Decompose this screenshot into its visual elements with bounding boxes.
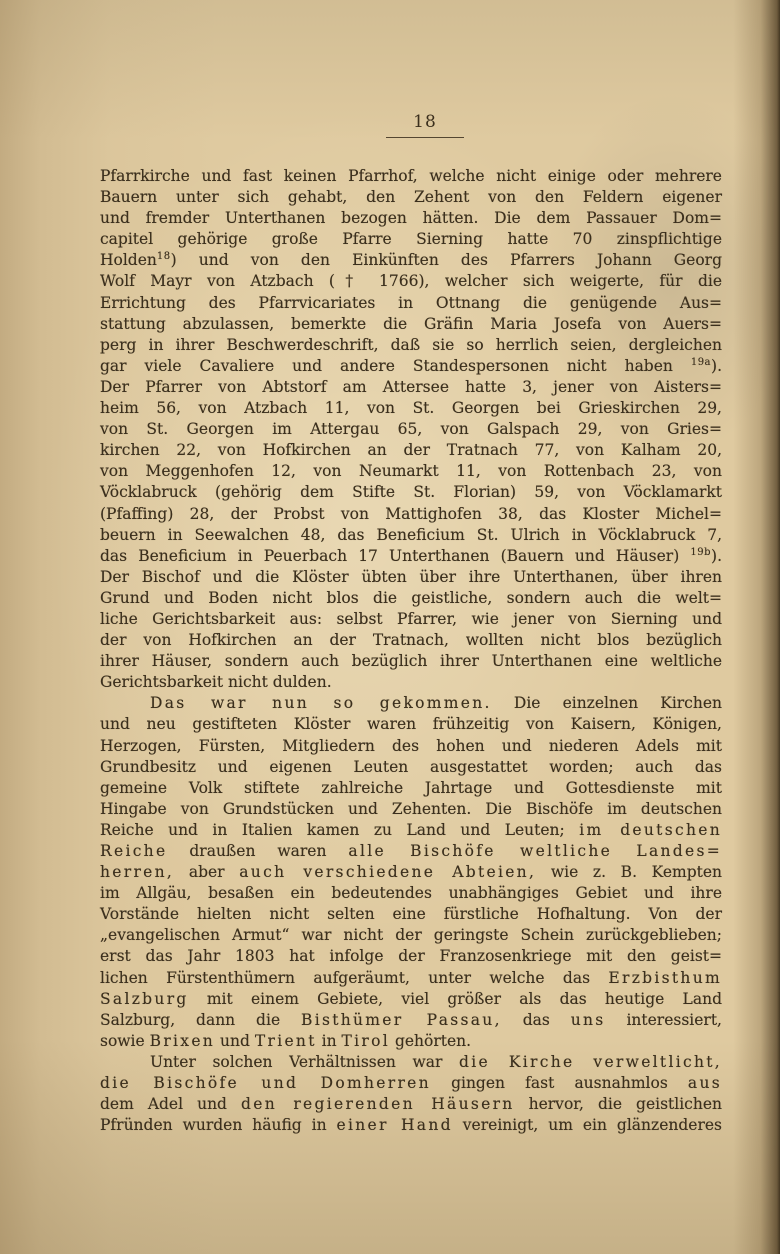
text-run: aber: [174, 863, 239, 881]
text-line: von Meggenhofen 12, von Neumarkt 11, von…: [100, 461, 722, 482]
text-run: Bauern unter sich gehabt, den Zehent von…: [100, 188, 722, 206]
text-run: wie z. B. Kempten: [536, 863, 722, 881]
text-run: gemeine Volk stiftete zahlreiche Jahrtag…: [100, 779, 722, 797]
text-run: von St. Georgen im Attergau 65, von Gals…: [100, 420, 722, 438]
text-run: stattung abzulassen, bemerkte die Gräfin…: [100, 315, 722, 333]
footnote-ref: 19b: [690, 547, 711, 558]
text-line: Grund und Boden nicht blos die geistlich…: [100, 588, 722, 609]
text-line: dem Adel und den regierenden Häusern her…: [100, 1094, 722, 1115]
text-run: beuern in Seewalchen 48, das Beneficium …: [100, 526, 722, 544]
footnote-ref: 18: [157, 251, 171, 262]
emphasized-spaced-text: im deutschen: [579, 821, 722, 839]
emphasized-spaced-text: herren,: [100, 863, 174, 881]
text-run: hervor, die geistlichen: [515, 1095, 722, 1113]
text-body: Pfarrkirche und fast keinen Pfarrhof, we…: [100, 166, 722, 1136]
text-line: Errichtung des Pfarrvicariates in Ottnan…: [100, 293, 722, 314]
text-line: das Beneficium in Peuerbach 17 Unterthan…: [100, 546, 722, 567]
text-line: Holden18) und von den Einkünften des Pfa…: [100, 250, 722, 271]
emphasized-spaced-text: Tirol: [342, 1032, 391, 1050]
emphasized-spaced-text: Trient: [255, 1032, 317, 1050]
text-line: Der Bischof und die Klöster übten über i…: [100, 567, 722, 588]
text-line: Salzburg mit einem Gebiete, viel größer …: [100, 989, 722, 1010]
text-line: Gerichtsbarkeit nicht dulden.: [100, 672, 722, 693]
text-run: ).: [711, 357, 722, 375]
text-run: mit einem Gebiete, viel größer als das h…: [189, 990, 722, 1008]
text-run: Holden: [100, 251, 157, 269]
text-run: kirchen 22, von Hofkirchen an der Tratna…: [100, 441, 722, 459]
emphasized-spaced-text: Salzburg: [100, 990, 189, 1008]
emphasized-spaced-text: Erzbisthum: [608, 969, 722, 987]
book-page: 18 Pfarrkirche und fast keinen Pfarrhof,…: [0, 0, 780, 1254]
page-number: 18: [413, 112, 437, 132]
text-run: erst das Jahr 1803 hat infolge der Franz…: [100, 947, 722, 965]
text-run: heim 56, von Atzbach 11, von St. Georgen…: [100, 399, 722, 417]
text-run: Hingabe von Grundstücken und Zehenten. D…: [100, 800, 722, 818]
text-line: Vöcklabruck (gehörig dem Stifte St. Flor…: [100, 482, 722, 503]
emphasized-spaced-text: den regierenden Häusern: [241, 1095, 515, 1113]
text-run: dem Adel und: [100, 1095, 241, 1113]
text-line: im Allgäu, besaßen ein bedeutendes unabh…: [100, 883, 722, 904]
text-line: von St. Georgen im Attergau 65, von Gals…: [100, 419, 722, 440]
text-line: heim 56, von Atzbach 11, von St. Georgen…: [100, 398, 722, 419]
text-line: Bauern unter sich gehabt, den Zehent von…: [100, 187, 722, 208]
text-run: ihrer Häuser, sondern auch bezüglich ihr…: [100, 652, 722, 670]
text-line: Herzogen, Fürsten, Mitgliedern des hohen…: [100, 736, 722, 757]
text-run: von Meggenhofen 12, von Neumarkt 11, von…: [100, 462, 722, 480]
text-run: Herzogen, Fürsten, Mitgliedern des hohen…: [100, 737, 722, 755]
text-run: vereinigt, um ein glänzenderes: [453, 1116, 722, 1134]
emphasized-spaced-text: Das war nun so gekommen.: [150, 694, 492, 712]
text-run: gingen fast ausnahmlos: [431, 1074, 688, 1092]
text-run: Grundbesitz und eigenen Leuten ausgestat…: [100, 758, 722, 776]
text-line: die Bischöfe und Domherren gingen fast a…: [100, 1073, 722, 1094]
text-run: perg in ihrer Beschwerdeschrift, daß sie…: [100, 336, 722, 354]
text-line: Salzburg, dann die Bisthümer Passau, das…: [100, 1010, 722, 1031]
emphasized-spaced-text: Bisthümer Passau,: [301, 1011, 502, 1029]
text-run: und fremder Unterthanen bezogen hätten. …: [100, 209, 722, 227]
text-line: Pfarrkirche und fast keinen Pfarrhof, we…: [100, 166, 722, 187]
text-line: lichen Fürstenthümern aufgeräumt, unter …: [100, 968, 722, 989]
text-line: perg in ihrer Beschwerdeschrift, daß sie…: [100, 335, 722, 356]
text-run: der von Hofkirchen an der Tratnach, woll…: [100, 631, 722, 649]
text-run: im Allgäu, besaßen ein bedeutendes unabh…: [100, 884, 722, 902]
text-line: Reiche draußen waren alle Bischöfe weltl…: [100, 841, 722, 862]
paragraph: Das war nun so gekommen. Die einzelnen K…: [100, 693, 722, 1052]
text-line: kirchen 22, von Hofkirchen an der Tratna…: [100, 440, 722, 461]
text-line: der von Hofkirchen an der Tratnach, woll…: [100, 630, 722, 651]
emphasized-spaced-text: Reiche: [100, 842, 167, 860]
text-run: (Pfaffing) 28, der Probst von Mattighofe…: [100, 505, 722, 523]
text-line: und fremder Unterthanen bezogen hätten. …: [100, 208, 722, 229]
text-line: herren, aber auch verschiedene Abteien, …: [100, 862, 722, 883]
text-run: ).: [711, 547, 722, 565]
text-run: in: [317, 1032, 342, 1050]
text-line: ihrer Häuser, sondern auch bezüglich ihr…: [100, 651, 722, 672]
text-line: capitel gehörige große Pfarre Sierning h…: [100, 229, 722, 250]
text-run: Der Bischof und die Klöster übten über i…: [100, 568, 722, 586]
text-run: „evangelischen Armut“ war nicht der geri…: [100, 926, 722, 944]
text-run: Gerichtsbarkeit nicht dulden.: [100, 673, 332, 691]
text-line: stattung abzulassen, bemerkte die Gräfin…: [100, 314, 722, 335]
emphasized-spaced-text: alle Bischöfe weltliche Landes=: [348, 842, 722, 860]
text-line: gar viele Cavaliere und andere Standespe…: [100, 356, 722, 377]
text-run: sowie: [100, 1032, 150, 1050]
text-line: Wolf Mayr von Atzbach († 1766), welcher …: [100, 271, 722, 292]
text-line: beuern in Seewalchen 48, das Beneficium …: [100, 525, 722, 546]
text-run: Pfarrkirche und fast keinen Pfarrhof, we…: [100, 167, 722, 185]
paragraph: Unter solchen Verhältnissen war die Kirc…: [100, 1052, 722, 1136]
page-number-rule: [386, 137, 464, 138]
text-run: Reiche und in Italien kamen zu Land und …: [100, 821, 579, 839]
emphasized-spaced-text: aus: [688, 1074, 722, 1092]
emphasized-spaced-text: einer Hand: [337, 1116, 453, 1134]
text-run: Pfründen wurden häufig in: [100, 1116, 337, 1134]
emphasized-spaced-text: Brixen: [150, 1032, 215, 1050]
text-line: Das war nun so gekommen. Die einzelnen K…: [100, 693, 722, 714]
text-line: Grundbesitz und eigenen Leuten ausgestat…: [100, 757, 722, 778]
text-line: Hingabe von Grundstücken und Zehenten. D…: [100, 799, 722, 820]
text-run: Vorstände hielten nicht selten eine fürs…: [100, 905, 722, 923]
text-line: und neu gestifteten Klöster waren frühze…: [100, 714, 722, 735]
text-line: erst das Jahr 1803 hat infolge der Franz…: [100, 946, 722, 967]
text-run: interessiert,: [606, 1011, 722, 1029]
text-run: draußen waren: [167, 842, 348, 860]
text-line: Reiche und in Italien kamen zu Land und …: [100, 820, 722, 841]
emphasized-spaced-text: auch verschiedene Abteien,: [239, 863, 536, 881]
paragraph: Pfarrkirche und fast keinen Pfarrhof, we…: [100, 166, 722, 693]
text-run: Unter solchen Verhältnissen war: [150, 1053, 459, 1071]
text-run: capitel gehörige große Pfarre Sierning h…: [100, 230, 722, 248]
emphasized-spaced-text: die Kirche verweltlicht,: [459, 1053, 722, 1071]
text-run: Errichtung des Pfarrvicariates in Ottnan…: [100, 294, 722, 312]
text-run: Salzburg, dann die: [100, 1011, 301, 1029]
text-line: Der Pfarrer von Abtstorf am Attersee hat…: [100, 377, 722, 398]
text-run: gar viele Cavaliere und andere Standespe…: [100, 357, 691, 375]
text-line: (Pfaffing) 28, der Probst von Mattighofe…: [100, 504, 722, 525]
text-run: Grund und Boden nicht blos die geistlich…: [100, 589, 722, 607]
page-header: 18: [374, 112, 476, 138]
text-run: gehörten.: [390, 1032, 471, 1050]
text-run: lichen Fürstenthümern aufgeräumt, unter …: [100, 969, 608, 987]
text-run: liche Gerichtsbarkeit aus: selbst Pfarre…: [100, 610, 722, 628]
text-run: und: [215, 1032, 255, 1050]
text-line: sowie Brixen und Trient in Tirol gehörte…: [100, 1031, 722, 1052]
text-run: Die einzelnen Kirchen: [492, 694, 722, 712]
text-line: Unter solchen Verhältnissen war die Kirc…: [100, 1052, 722, 1073]
text-line: Vorstände hielten nicht selten eine fürs…: [100, 904, 722, 925]
emphasized-spaced-text: uns: [571, 1011, 606, 1029]
text-run: das: [502, 1011, 571, 1029]
text-run: das Beneficium in Peuerbach 17 Unterthan…: [100, 547, 690, 565]
emphasized-spaced-text: die Bischöfe und Domherren: [100, 1074, 431, 1092]
text-line: „evangelischen Armut“ war nicht der geri…: [100, 925, 722, 946]
text-run: Wolf Mayr von Atzbach († 1766), welcher …: [100, 272, 722, 290]
text-run: Der Pfarrer von Abtstorf am Attersee hat…: [100, 378, 722, 396]
text-line: liche Gerichtsbarkeit aus: selbst Pfarre…: [100, 609, 722, 630]
text-run: und neu gestifteten Klöster waren frühze…: [100, 715, 722, 733]
text-run: Vöcklabruck (gehörig dem Stifte St. Flor…: [100, 483, 722, 501]
text-line: gemeine Volk stiftete zahlreiche Jahrtag…: [100, 778, 722, 799]
text-run: ) und von den Einkünften des Pfarrers Jo…: [171, 251, 722, 269]
text-line: Pfründen wurden häufig in einer Hand ver…: [100, 1115, 722, 1136]
footnote-ref: 19a: [691, 357, 711, 368]
